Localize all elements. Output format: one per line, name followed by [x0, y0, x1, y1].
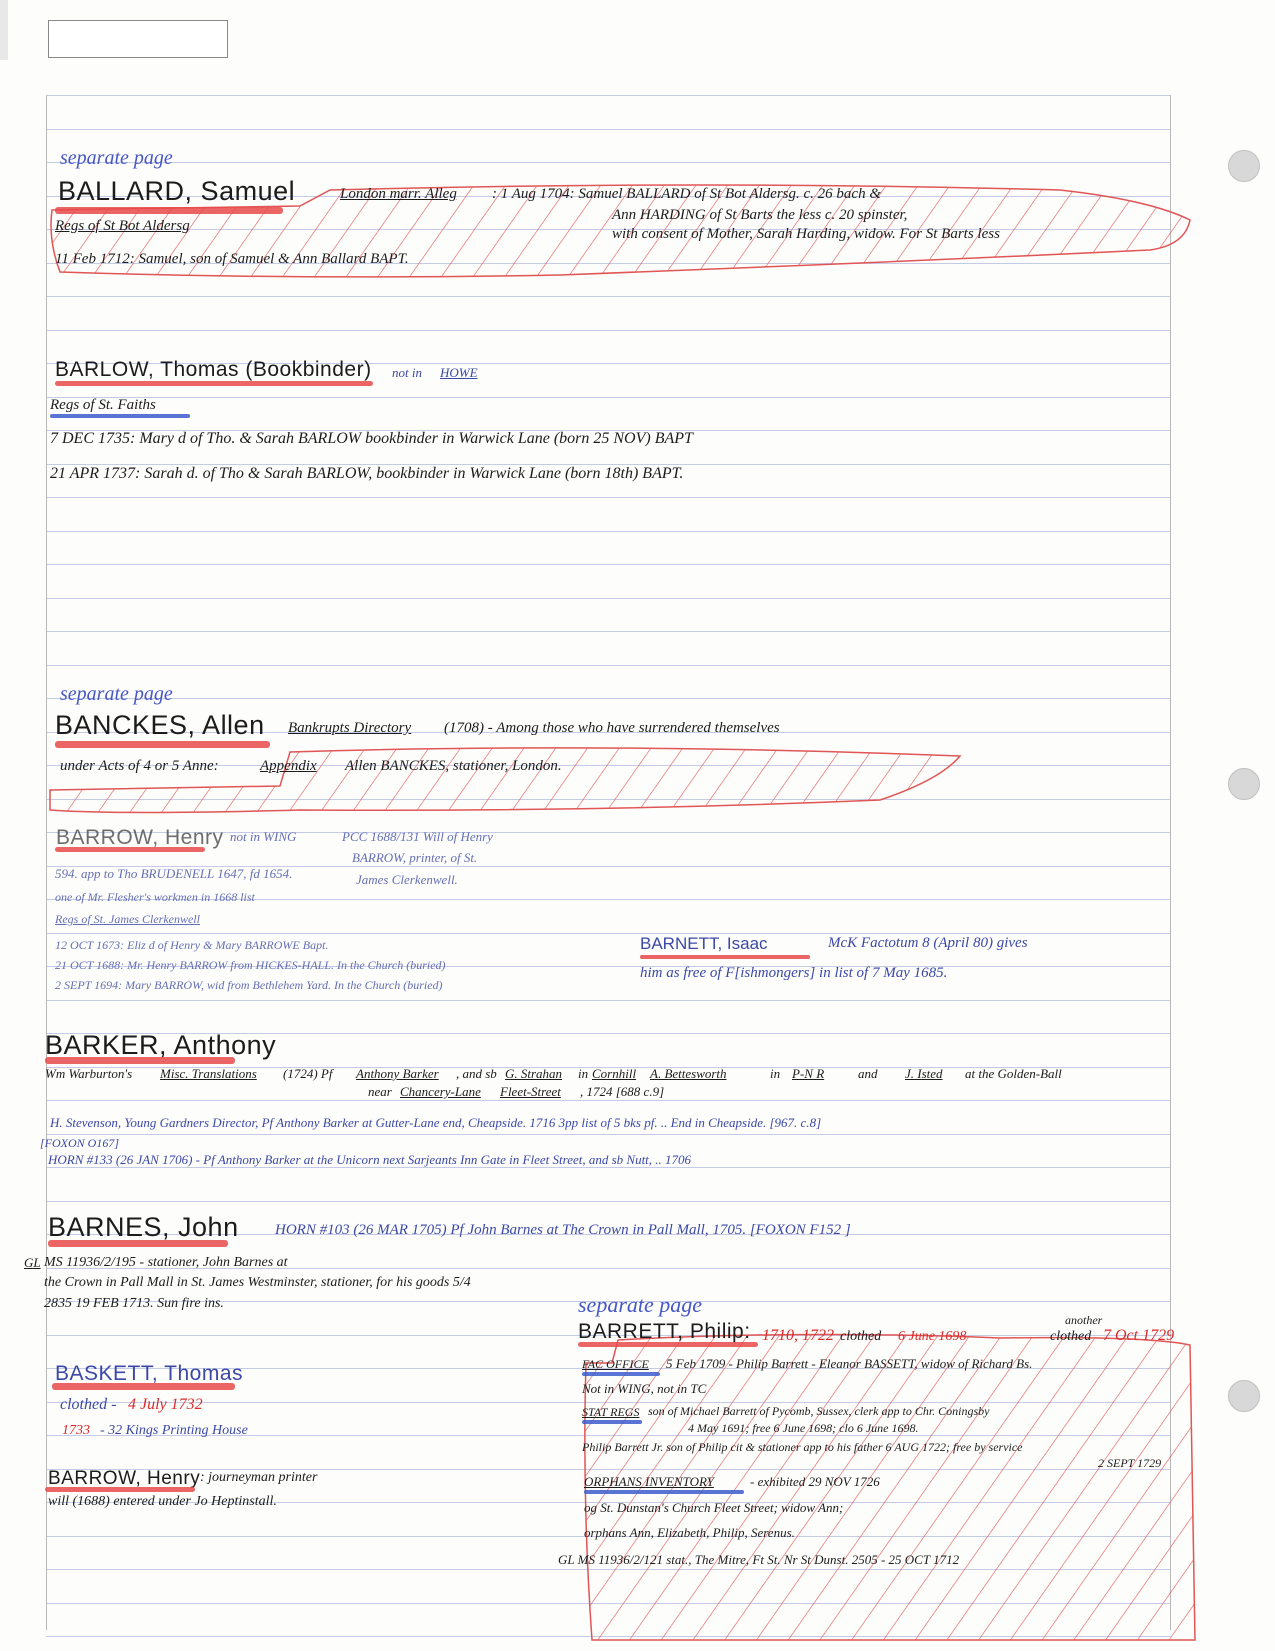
horn-ref: HORN #103 (26 MAR 1705) Pf John Barnes a… — [275, 1222, 851, 1239]
clothed-label: clothed — [840, 1329, 881, 1345]
bookseller-name: A. Bettesworth — [650, 1066, 727, 1082]
aside-ref: HOWE — [440, 365, 478, 381]
record-line: - exhibited 29 NOV 1726 — [750, 1474, 880, 1490]
record-line: one of Mr. Flesher's workmen in 1668 lis… — [55, 890, 255, 905]
register-line: 2 SEPT 1694: Mary BARROW, wid from Bethl… — [55, 978, 443, 993]
label-highlight — [584, 1490, 744, 1494]
register-highlight — [50, 414, 190, 418]
source-label: Bankrupts Directory — [288, 720, 411, 737]
record-line: (1708) - Among those who have surrendere… — [444, 720, 780, 737]
register-line: 12 OCT 1673: Eliz d of Henry & Mary BARR… — [55, 938, 328, 953]
record-line: - 32 Kings Printing House — [100, 1423, 248, 1439]
record-line: 594. app to Tho BRUDENELL 1647, fd 1654. — [55, 866, 292, 882]
notebook-page: separate page BALLARD, Samuel London mar… — [0, 0, 1275, 1651]
name-highlight — [55, 741, 270, 748]
record-line: , 1724 [688 c.9] — [580, 1084, 664, 1100]
source-ref: Appendix — [260, 758, 317, 775]
aside-note: not in — [392, 365, 422, 381]
name-highlight — [45, 1057, 235, 1064]
entry-name-banckes: BANCKES, Allen — [55, 710, 265, 741]
record-line: og St. Dunstan's Church Fleet Street; wi… — [584, 1500, 843, 1516]
stat-regs-label: STAT REGS — [582, 1405, 639, 1420]
clothed-date: 6 June 1698 — [898, 1329, 966, 1345]
baptism-line: 11 Feb 1712: Samuel, son of Samuel & Ann… — [55, 251, 409, 268]
record-line: HORN #133 (26 JAN 1706) - Pf Anthony Bar… — [48, 1152, 691, 1168]
orphans-label: ORPHANS INVENTORY — [584, 1474, 714, 1490]
register-label: Regs of St Bot Aldersg — [55, 218, 190, 235]
name-highlight — [55, 847, 205, 852]
fac-office-label: FAC OFFICE — [582, 1357, 649, 1372]
clothed-label: clothed — [1050, 1329, 1091, 1345]
entry-name-barnett: BARNETT, Isaac — [640, 934, 768, 954]
clothed-date: 4 July 1732 — [128, 1396, 203, 1414]
gl-label: GL — [24, 1255, 41, 1271]
record-line: Not in WING, not in TC — [582, 1381, 706, 1397]
name-highlight — [640, 955, 810, 959]
separate-page-note: separate page — [60, 683, 173, 706]
marriage-line: with consent of Mother, Sarah Harding, w… — [612, 226, 1000, 243]
another-note: another — [1065, 1313, 1102, 1328]
register-label: Regs of St. James Clerkenwell — [55, 912, 200, 927]
record-line: 2 SEPT 1729 — [1098, 1456, 1161, 1471]
years: 1710, 1722 — [762, 1327, 834, 1345]
entry-name-barlow: BARLOW, Thomas (Bookbinder) — [55, 358, 372, 382]
clothed-label: clothed - — [60, 1396, 116, 1414]
record-line: H. Stevenson, Young Gardners Director, P… — [50, 1115, 821, 1131]
printer-name: Anthony Barker — [356, 1066, 439, 1082]
separate-page-note: separate page — [60, 147, 173, 170]
record-line: under Acts of 4 or 5 Anne: — [60, 758, 219, 775]
entry-name-barnes: BARNES, John — [48, 1212, 239, 1243]
name-highlight — [55, 381, 373, 386]
record-line: son of Michael Barrett of Pycomb, Sussex… — [648, 1404, 990, 1419]
record-line: orphans Ann, Elizabeth, Philip, Serenus. — [584, 1525, 795, 1541]
year: 1733 — [62, 1423, 90, 1439]
record-line: Philip Barrett Jr. son of Philip cit & s… — [582, 1440, 1023, 1455]
record-line: in — [578, 1066, 588, 1082]
record-line: (1724) Pf — [283, 1066, 332, 1082]
book-title: Misc. Translations — [160, 1066, 257, 1082]
record-line: GL MS 11936/2/121 stat., The Mitre, Ft S… — [558, 1552, 959, 1568]
name-highlight — [52, 1383, 235, 1390]
pcc-line: James Clerkenwell. — [356, 872, 458, 888]
record-line: 21 APR 1737: Sarah d. of Tho & Sarah BAR… — [50, 465, 683, 483]
record-line: : journeyman printer — [200, 1470, 317, 1486]
marriage-line: : 1 Aug 1704: Samuel BALLARD of St Bot A… — [492, 186, 881, 203]
record-line: Wm Warburton's — [45, 1066, 132, 1082]
separate-page-note: separate page — [578, 1292, 702, 1318]
record-line: him as free of F[ishmongers] in list of … — [640, 965, 947, 982]
place-name: Chancery-Lane — [400, 1084, 481, 1100]
record-line: 7 DEC 1735: Mary d of Tho. & Sarah BARLO… — [50, 430, 693, 448]
aside-note: not in WING — [230, 829, 296, 845]
record-line: , and sb — [456, 1066, 497, 1082]
record-line: MS 11936/2/195 - stationer, John Barnes … — [44, 1255, 288, 1271]
label-highlight — [582, 1420, 642, 1424]
record-line: the Crown in Pall Mall in St. James West… — [44, 1275, 471, 1291]
name-highlight — [55, 207, 283, 214]
source-label: London marr. Alleg — [340, 186, 457, 203]
place-name: P-N R — [792, 1066, 824, 1082]
record-line: near — [368, 1084, 392, 1100]
record-line: at the Golden-Ball — [965, 1066, 1062, 1082]
label-highlight — [582, 1372, 660, 1376]
record-line: 4 May 1691; free 6 June 1698; clo 6 June… — [688, 1421, 919, 1436]
clothed-date: 7 Oct 1729 — [1103, 1327, 1174, 1345]
entry-name-ballard: BALLARD, Samuel — [58, 176, 295, 207]
marriage-line: Ann HARDING of St Barts the less c. 20 s… — [612, 207, 907, 224]
record-line: McK Factotum 8 (April 80) gives — [828, 935, 1028, 952]
pcc-line: PCC 1688/131 Will of Henry — [342, 829, 493, 845]
bookseller-name: J. Isted — [905, 1066, 943, 1082]
record-line: Allen BANCKES, stationer, London. — [345, 758, 562, 775]
record-line: 5 Feb 1709 - Philip Barrett - Eleanor BA… — [666, 1356, 1032, 1372]
record-line: 2835 19 FEB 1713. Sun fire ins. — [44, 1296, 224, 1312]
foxon-ref: [FOXON O167] — [40, 1136, 119, 1151]
entry-name-barrett: BARRETT, Philip: — [578, 1320, 751, 1344]
record-line: will (1688) entered under Jo Heptinstall… — [48, 1494, 277, 1510]
name-highlight — [48, 1240, 228, 1247]
register-line: 21 OCT 1688: Mr. Henry BARROW from HICKE… — [55, 958, 446, 973]
record-line: in — [770, 1066, 780, 1082]
pcc-line: BARROW, printer, of St. — [352, 850, 477, 866]
name-highlight — [578, 1342, 758, 1347]
place-name: Fleet-Street — [500, 1084, 561, 1100]
register-label: Regs of St. Faiths — [50, 397, 156, 414]
record-line: and — [858, 1066, 878, 1082]
bookseller-name: G. Strahan — [505, 1066, 562, 1082]
name-highlight — [45, 1487, 195, 1492]
place-name: Cornhill — [592, 1066, 636, 1082]
